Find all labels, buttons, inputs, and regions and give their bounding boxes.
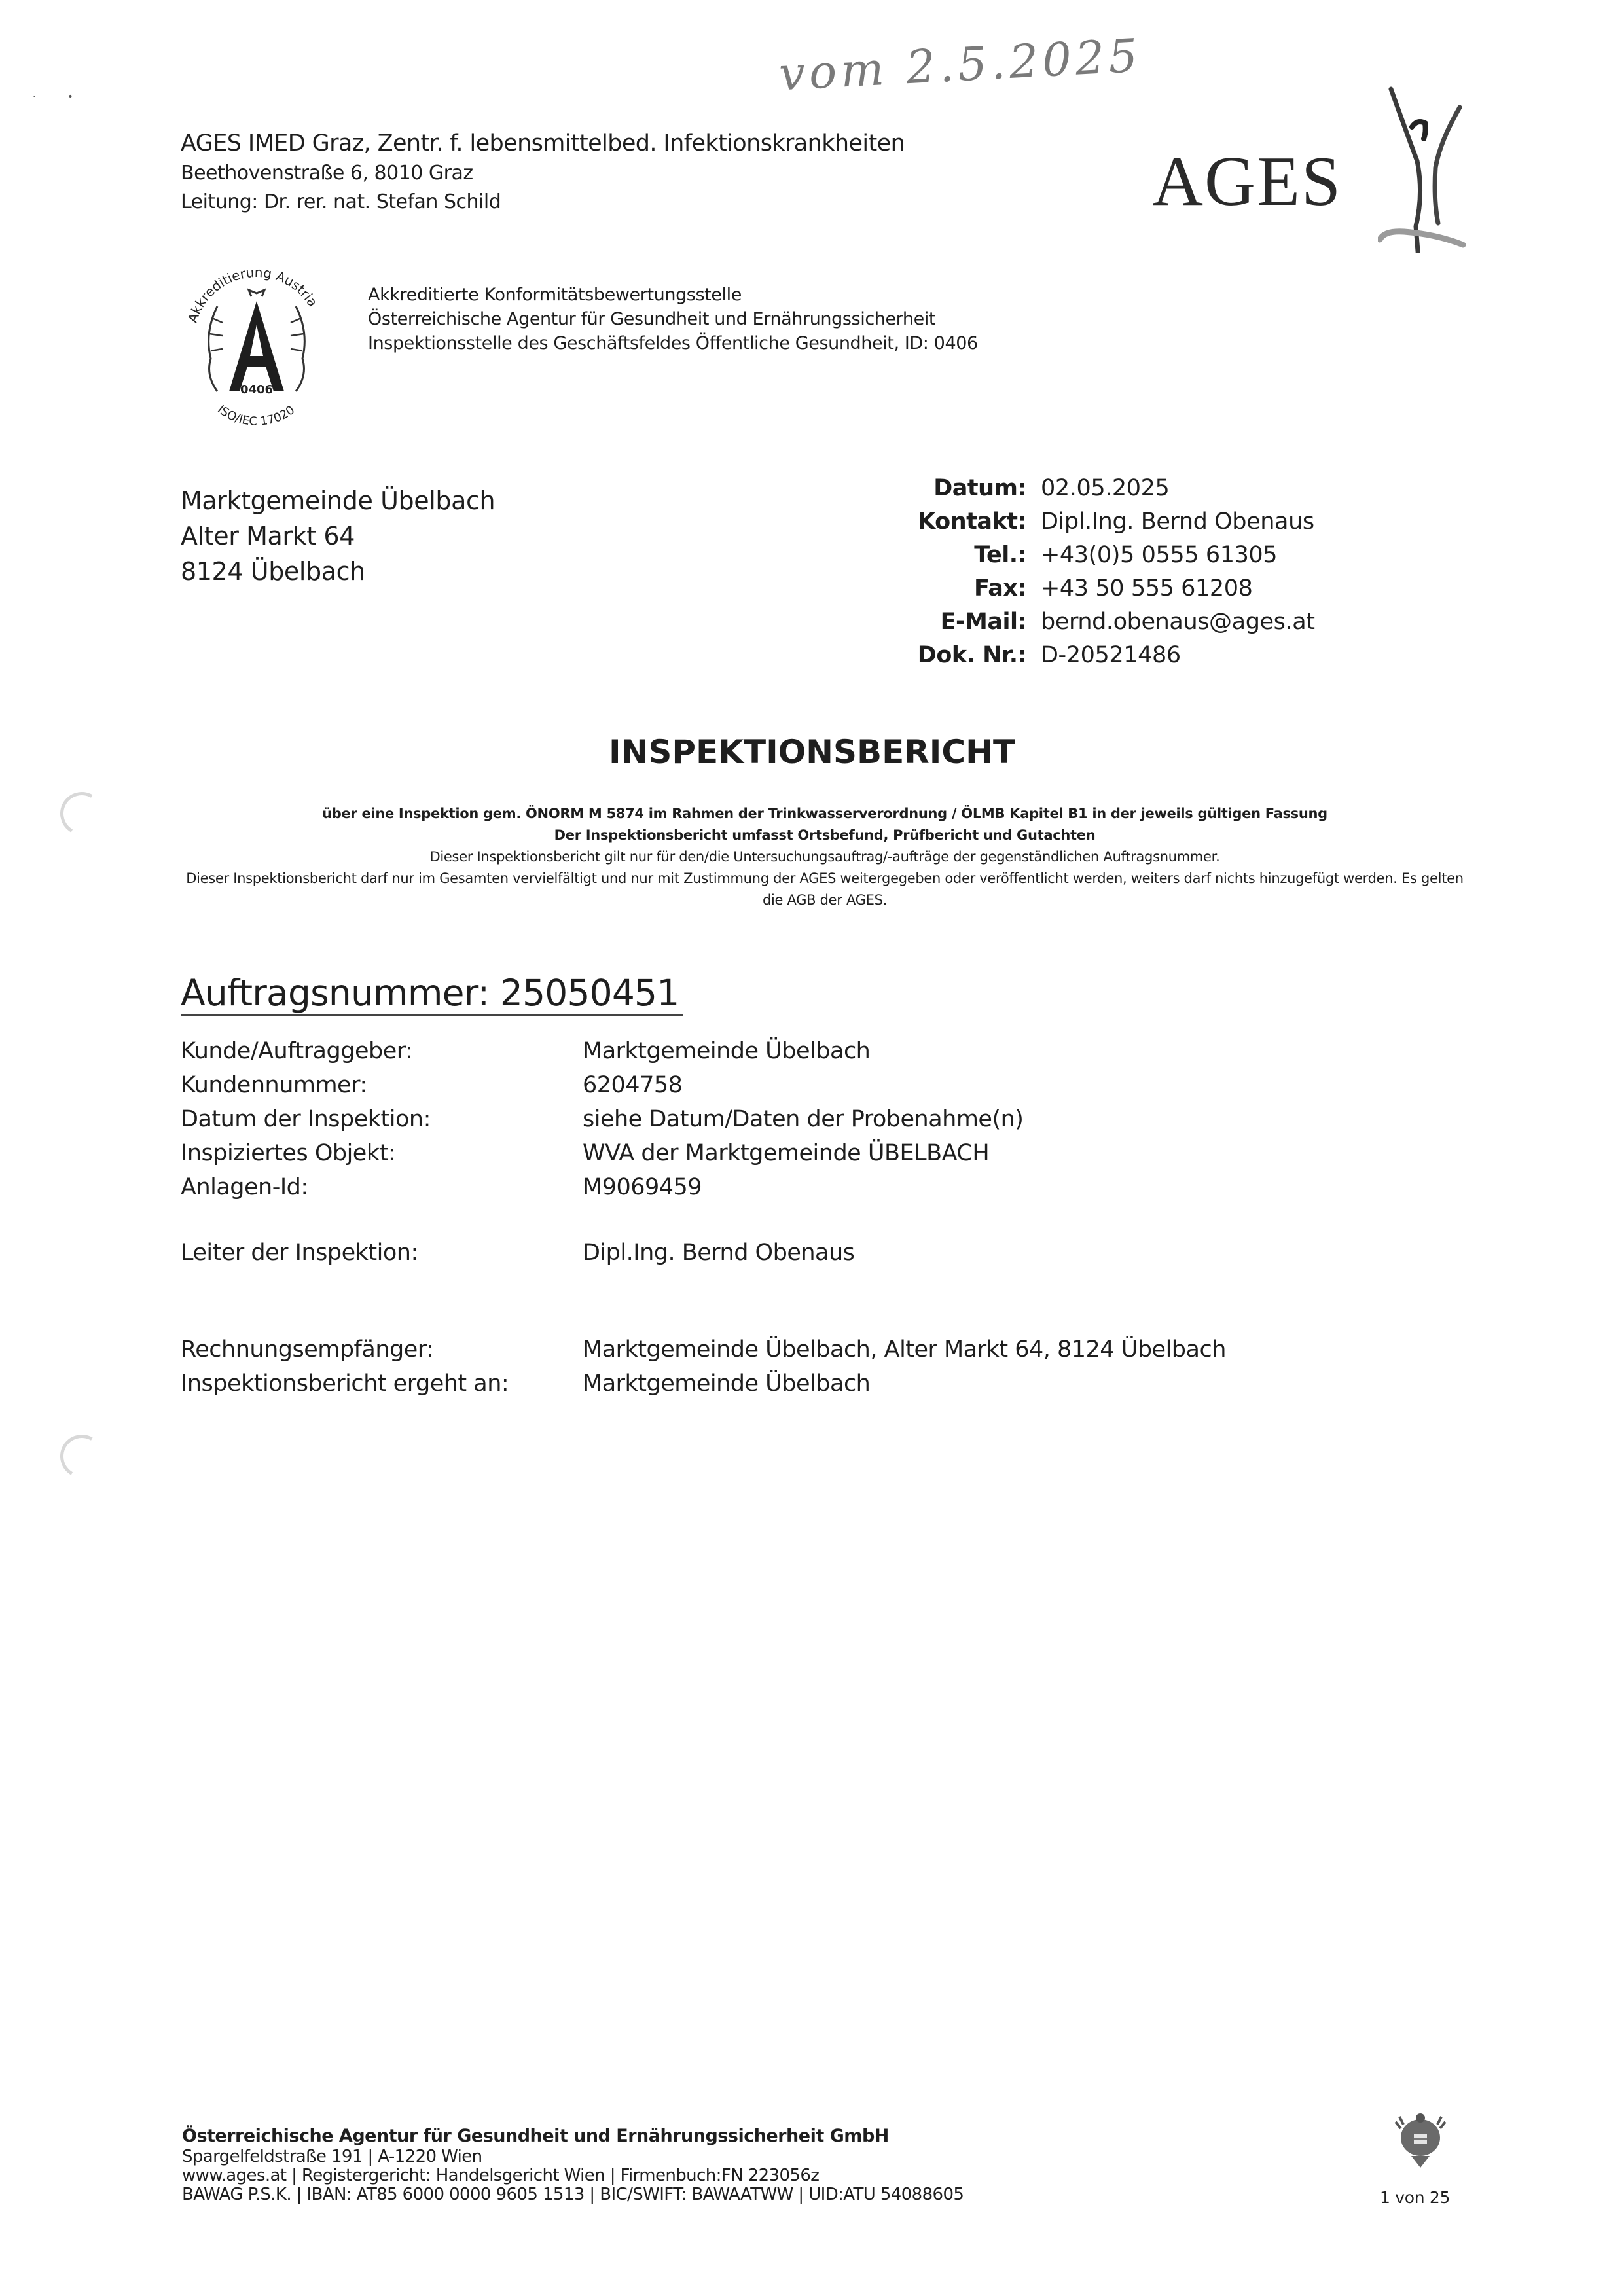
contact-label: Dok. Nr.: (910, 642, 1041, 668)
info-label: Inspektionsbericht ergeht an: (181, 1371, 583, 1397)
contact-row-datum: Datum: 02.05.2025 (910, 471, 1315, 505)
info-label: Datum der Inspektion: (181, 1106, 583, 1132)
report-title: INSPEKTIONSBERICHT (0, 733, 1624, 771)
contact-row-email: E-Mail: bernd.obenaus@ages.at (910, 605, 1315, 638)
info-row-leiter: Leiter der Inspektion: Dipl.Ing. Bernd O… (181, 1236, 1226, 1270)
contact-label: Fax: (910, 575, 1041, 601)
contact-label: Datum: (910, 475, 1041, 501)
ages-figure-icon (1378, 63, 1479, 253)
report-note-validity: Dieser Inspektionsbericht gilt nur für d… (183, 846, 1466, 868)
info-value: Dipl.Ing. Bernd Obenaus (583, 1240, 854, 1266)
info-value: siehe Datum/Daten der Probenahme(n) (583, 1106, 1023, 1132)
accreditation-text: Akkreditierte Konformitätsbewertungsstel… (368, 283, 978, 355)
sender-org-name: AGES IMED Graz, Zentr. f. lebensmittelbe… (181, 128, 905, 159)
handwritten-note: vom 2.5.2025 (778, 29, 1143, 101)
accreditation-seal-icon: Akkreditierung Austria 0406 ISO/IEC 1702… (171, 260, 342, 431)
svg-text:ISO/IEC 17020: ISO/IEC 17020 (215, 403, 297, 429)
contact-row-kontakt: Kontakt: Dipl.Ing. Bernd Obenaus (910, 505, 1315, 538)
contact-details: Datum: 02.05.2025 Kontakt: Dipl.Ing. Ber… (910, 471, 1315, 672)
punch-hole-mark (56, 787, 109, 840)
accreditation-line-3: Inspektionsstelle des Geschäftsfeldes Öf… (368, 331, 978, 355)
footer-bank: BAWAG P.S.K. | IBAN: AT85 6000 0000 9605… (182, 2185, 964, 2204)
contact-value-phone: +43(0)5 0555 61305 (1041, 542, 1277, 568)
page-number: 1 von 25 (1380, 2188, 1450, 2207)
accreditation-line-2: Österreichische Agentur für Gesundheit u… (368, 307, 978, 331)
contact-label: Kontakt: (910, 509, 1041, 535)
sender-block: AGES IMED Graz, Zentr. f. lebensmittelbe… (181, 128, 905, 217)
report-subtitle-contents: Der Inspektionsbericht umfasst Ortsbefun… (183, 825, 1466, 846)
footer-address: Spargelfeldstraße 191 | A-1220 Wien (182, 2147, 964, 2166)
info-label: Leiter der Inspektion: (181, 1240, 583, 1266)
info-row-kunde: Kunde/Auftraggeber: Marktgemeinde Übelba… (181, 1034, 1226, 1068)
info-row-objekt: Inspiziertes Objekt: WVA der Marktgemein… (181, 1136, 1226, 1170)
sender-address: Beethovenstraße 6, 8010 Graz (181, 159, 905, 188)
sender-leitung: Leitung: Dr. rer. nat. Stefan Schild (181, 188, 905, 217)
info-label: Kunde/Auftraggeber: (181, 1038, 583, 1064)
info-row-datum: Datum der Inspektion: siehe Datum/Daten … (181, 1102, 1226, 1136)
ages-logo-text: AGES (1152, 141, 1342, 223)
footer-register: www.ages.at | Registergericht: Handelsge… (182, 2166, 964, 2185)
scan-specks: · • (33, 92, 73, 102)
ages-logo: AGES (1152, 63, 1479, 253)
info-row-anlagen-id: Anlagen-Id: M9069459 (181, 1170, 1226, 1204)
info-row-rechnung: Rechnungsempfänger: Marktgemeinde Übelba… (181, 1333, 1226, 1367)
report-note-reproduction: Dieser Inspektionsbericht darf nur im Ge… (183, 868, 1466, 911)
inspection-info-table: Kunde/Auftraggeber: Marktgemeinde Übelba… (181, 1034, 1226, 1401)
info-label: Kundennummer: (181, 1072, 583, 1098)
footer: Österreichische Agentur für Gesundheit u… (182, 2125, 964, 2204)
report-subtitles: über eine Inspektion gem. ÖNORM M 5874 i… (183, 803, 1466, 911)
seal-id: 0406 (240, 383, 273, 397)
info-value: Marktgemeinde Übelbach, Alter Markt 64, … (583, 1336, 1226, 1363)
report-subtitle-scope: über eine Inspektion gem. ÖNORM M 5874 i… (183, 803, 1466, 825)
contact-value-email[interactable]: bernd.obenaus@ages.at (1041, 609, 1315, 635)
contact-row-tel: Tel.: +43(0)5 0555 61305 (910, 538, 1315, 571)
footer-company: Österreichische Agentur für Gesundheit u… (182, 2125, 964, 2147)
recipient-line-1: Marktgemeinde Übelbach (181, 483, 495, 518)
info-value: Marktgemeinde Übelbach (583, 1371, 870, 1397)
info-label: Anlagen-Id: (181, 1174, 583, 1200)
info-value: Marktgemeinde Übelbach (583, 1038, 870, 1064)
seal-arc-bottom: ISO/IEC 17020 (215, 403, 297, 429)
contact-value-date: 02.05.2025 (1041, 475, 1169, 501)
info-row-ergeht-an: Inspektionsbericht ergeht an: Marktgemei… (181, 1367, 1226, 1401)
punch-hole-mark (56, 1430, 109, 1483)
austrian-eagle-icon (1394, 2109, 1447, 2174)
contact-row-doknr: Dok. Nr.: D-20521486 (910, 638, 1315, 672)
contact-row-fax: Fax: +43 50 555 61208 (910, 571, 1315, 605)
info-label: Rechnungsempfänger: (181, 1336, 583, 1363)
contact-value-fax: +43 50 555 61208 (1041, 575, 1253, 601)
info-value: WVA der Marktgemeinde ÜBELBACH (583, 1140, 989, 1166)
info-value: M9069459 (583, 1174, 702, 1200)
contact-label: Tel.: (910, 542, 1041, 568)
recipient-line-3: 8124 Übelbach (181, 554, 495, 589)
contact-label: E-Mail: (910, 609, 1041, 635)
info-label: Inspiziertes Objekt: (181, 1140, 583, 1166)
accreditation-line-1: Akkreditierte Konformitätsbewertungsstel… (368, 283, 978, 307)
contact-value-person: Dipl.Ing. Bernd Obenaus (1041, 509, 1314, 535)
info-row-kundennummer: Kundennummer: 6204758 (181, 1068, 1226, 1102)
order-number-label: Auftragsnummer: (181, 972, 489, 1014)
order-number-value: 25050451 (500, 972, 679, 1014)
recipient-address: Marktgemeinde Übelbach Alter Markt 64 81… (181, 483, 495, 589)
recipient-line-2: Alter Markt 64 (181, 518, 495, 554)
order-number-heading: Auftragsnummer: 25050451 (181, 972, 683, 1016)
contact-value-doc-number: D-20521486 (1041, 642, 1181, 668)
info-value: 6204758 (583, 1072, 682, 1098)
